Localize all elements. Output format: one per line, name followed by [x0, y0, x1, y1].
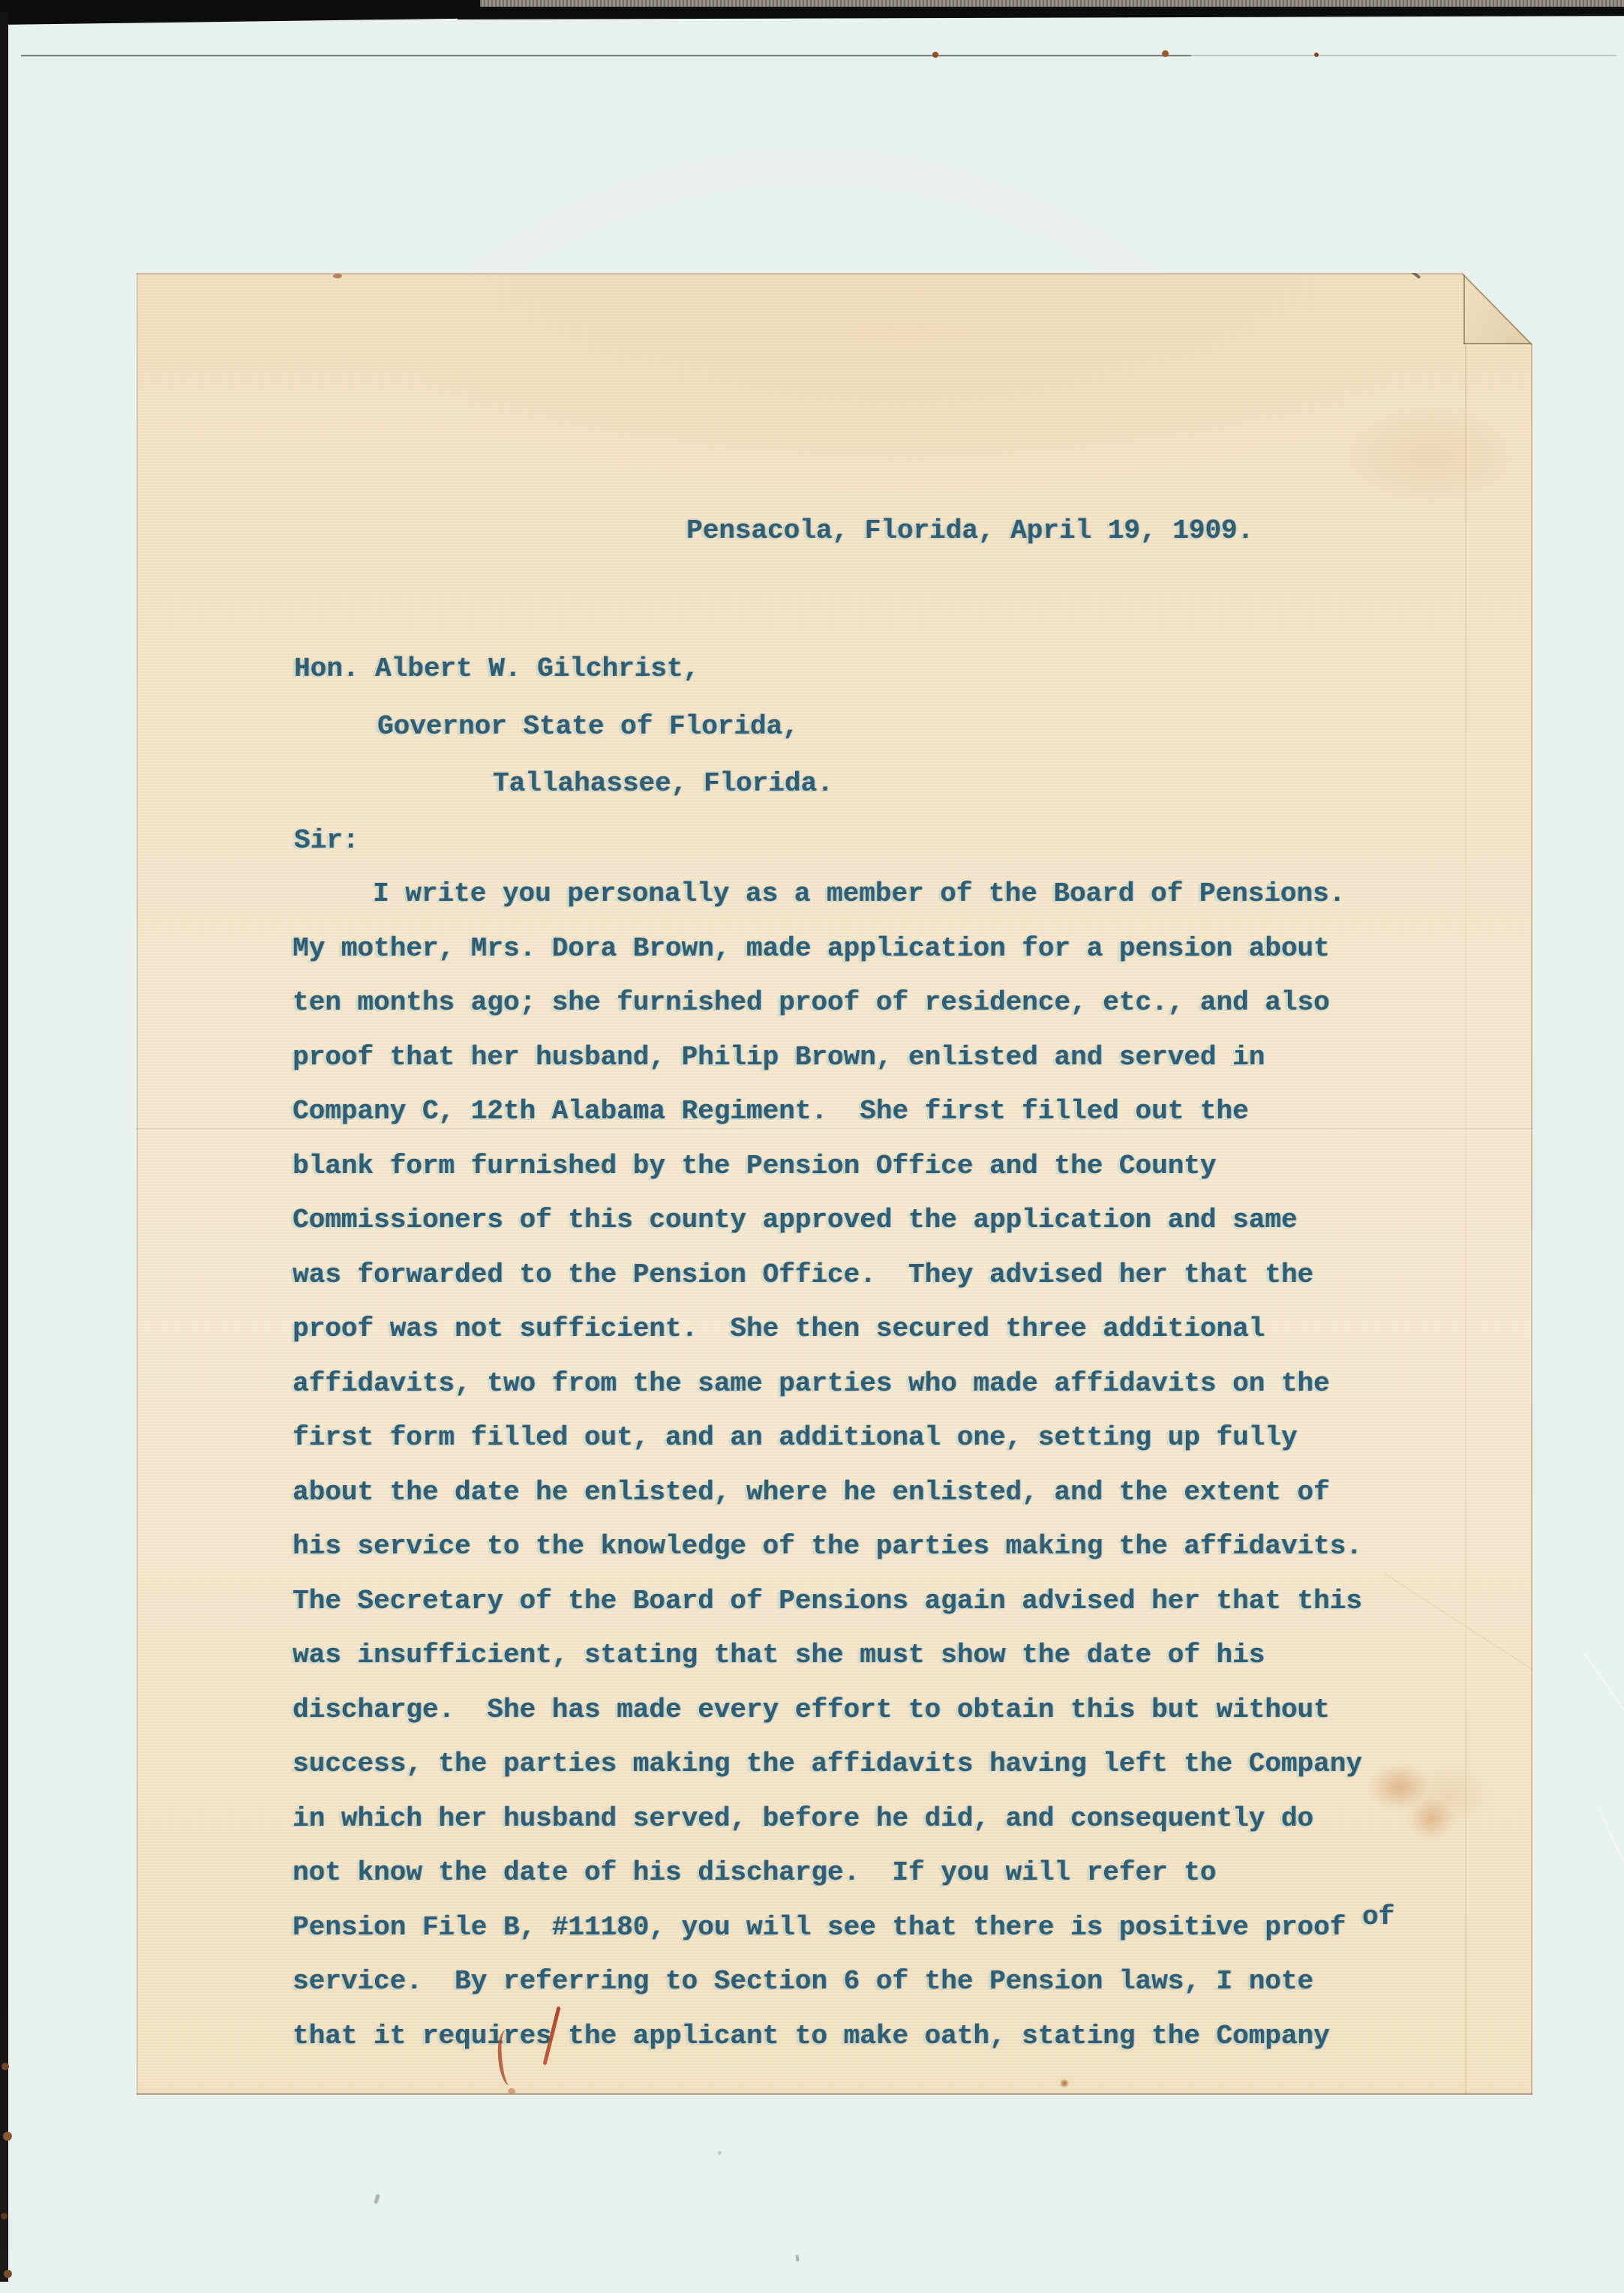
scan-speck [4, 2270, 12, 2278]
fold-crease [1463, 275, 1465, 344]
scan-speck [374, 2194, 380, 2204]
scan-seam-line [21, 55, 1191, 56]
letter-body-line: success, the parties making the affidavi… [293, 1737, 1394, 1792]
scan-speck [932, 52, 938, 58]
recipient-city: Tallahassee, Florida. [493, 767, 833, 800]
letter-body-line: not know the date of his discharge. If y… [293, 1846, 1394, 1901]
scan-left-edge-strip [0, 12, 8, 2282]
rust-speck [333, 274, 342, 278]
letter-paper: Pensacola, Florida, April 19, 1909. Hon.… [137, 273, 1532, 2095]
paper-edge [1531, 344, 1532, 2095]
rust-speck [1059, 2079, 1070, 2087]
letter-body-line: in which her husband served, before he d… [293, 1792, 1394, 1847]
scan-speck [1, 2213, 8, 2219]
scanner-edge-texture [458, 0, 1624, 8]
paper-edge [137, 273, 138, 2095]
letter-body-line: Pension File B, #11180, you will see tha… [293, 1901, 1394, 1955]
faint-stain [1344, 408, 1517, 506]
red-ink-dot-annotation [508, 2088, 515, 2094]
scan-speck [1162, 50, 1169, 57]
letter-body-line: I write you personally as a member of th… [293, 867, 1394, 922]
scanner-background-wrinkle [1598, 1808, 1624, 1869]
letter-body-line: proof that her husband, Philip Brown, en… [293, 1031, 1394, 1085]
scan-black-band [0, 0, 480, 25]
scan-speck [718, 2151, 722, 2155]
letter-body-line: Company C, 12th Alabama Regiment. She fi… [293, 1085, 1394, 1139]
letter-body-line: first form filled out, and an additional… [293, 1411, 1394, 1466]
scanned-letter-page: { "scan": { "colors": { "background": "#… [0, 0, 1624, 2293]
letter-body-line: My mother, Mrs. Dora Brown, made applica… [293, 922, 1394, 977]
letter-body-line: service. By referring to Section 6 of th… [293, 1955, 1394, 2009]
scan-seam-line-faint [1189, 55, 1616, 56]
letter-body-line: The Secretary of the Board of Pensions a… [293, 1574, 1394, 1629]
letter-body-line: proof was not sufficient. She then secur… [293, 1302, 1394, 1357]
letter-body-line: was insufficient, stating that she must … [293, 1628, 1394, 1683]
letter-body-line: discharge. She has made every effort to … [293, 1683, 1394, 1738]
paper-crease-diagonal [1385, 1573, 1574, 1697]
letter-body-line: ten months ago; she furnished proof of r… [293, 976, 1394, 1031]
letter-body-line: his service to the knowledge of the part… [293, 1520, 1394, 1574]
letter-body-line: blank form furnished by the Pension Offi… [293, 1139, 1394, 1194]
scan-speck [3, 2132, 12, 2141]
letter-body-line: affidavits, two from the same parties wh… [293, 1357, 1394, 1412]
scanner-background-wrinkle [1583, 1651, 1624, 1725]
letter-body-line: Commissioners of this county approved th… [293, 1193, 1394, 1248]
letter-body-line: was forwarded to the Pension Office. The… [293, 1248, 1394, 1303]
salutation: Sir: [294, 824, 359, 857]
letter-body-line: that it requires the applicant to make o… [293, 2009, 1394, 2064]
paper-edge [137, 2093, 1532, 2095]
scan-speck [1314, 53, 1319, 57]
scan-black-band [458, 7, 1624, 20]
letter-body: I write you personally as a member of th… [293, 867, 1394, 2063]
recipient-name: Hon. Albert W. Gilchrist, [294, 653, 699, 686]
fold-crease [1463, 343, 1532, 344]
letter-body-line: about the date he enlisted, where he enl… [293, 1466, 1394, 1520]
letter-dateline: Pensacola, Florida, April 19, 1909. [686, 515, 1253, 548]
raised-typed-word: of [1346, 1901, 1394, 1932]
recipient-title: Governor State of Florida, [377, 710, 799, 743]
scan-speck [795, 2255, 799, 2261]
scan-speck [2, 2063, 9, 2070]
